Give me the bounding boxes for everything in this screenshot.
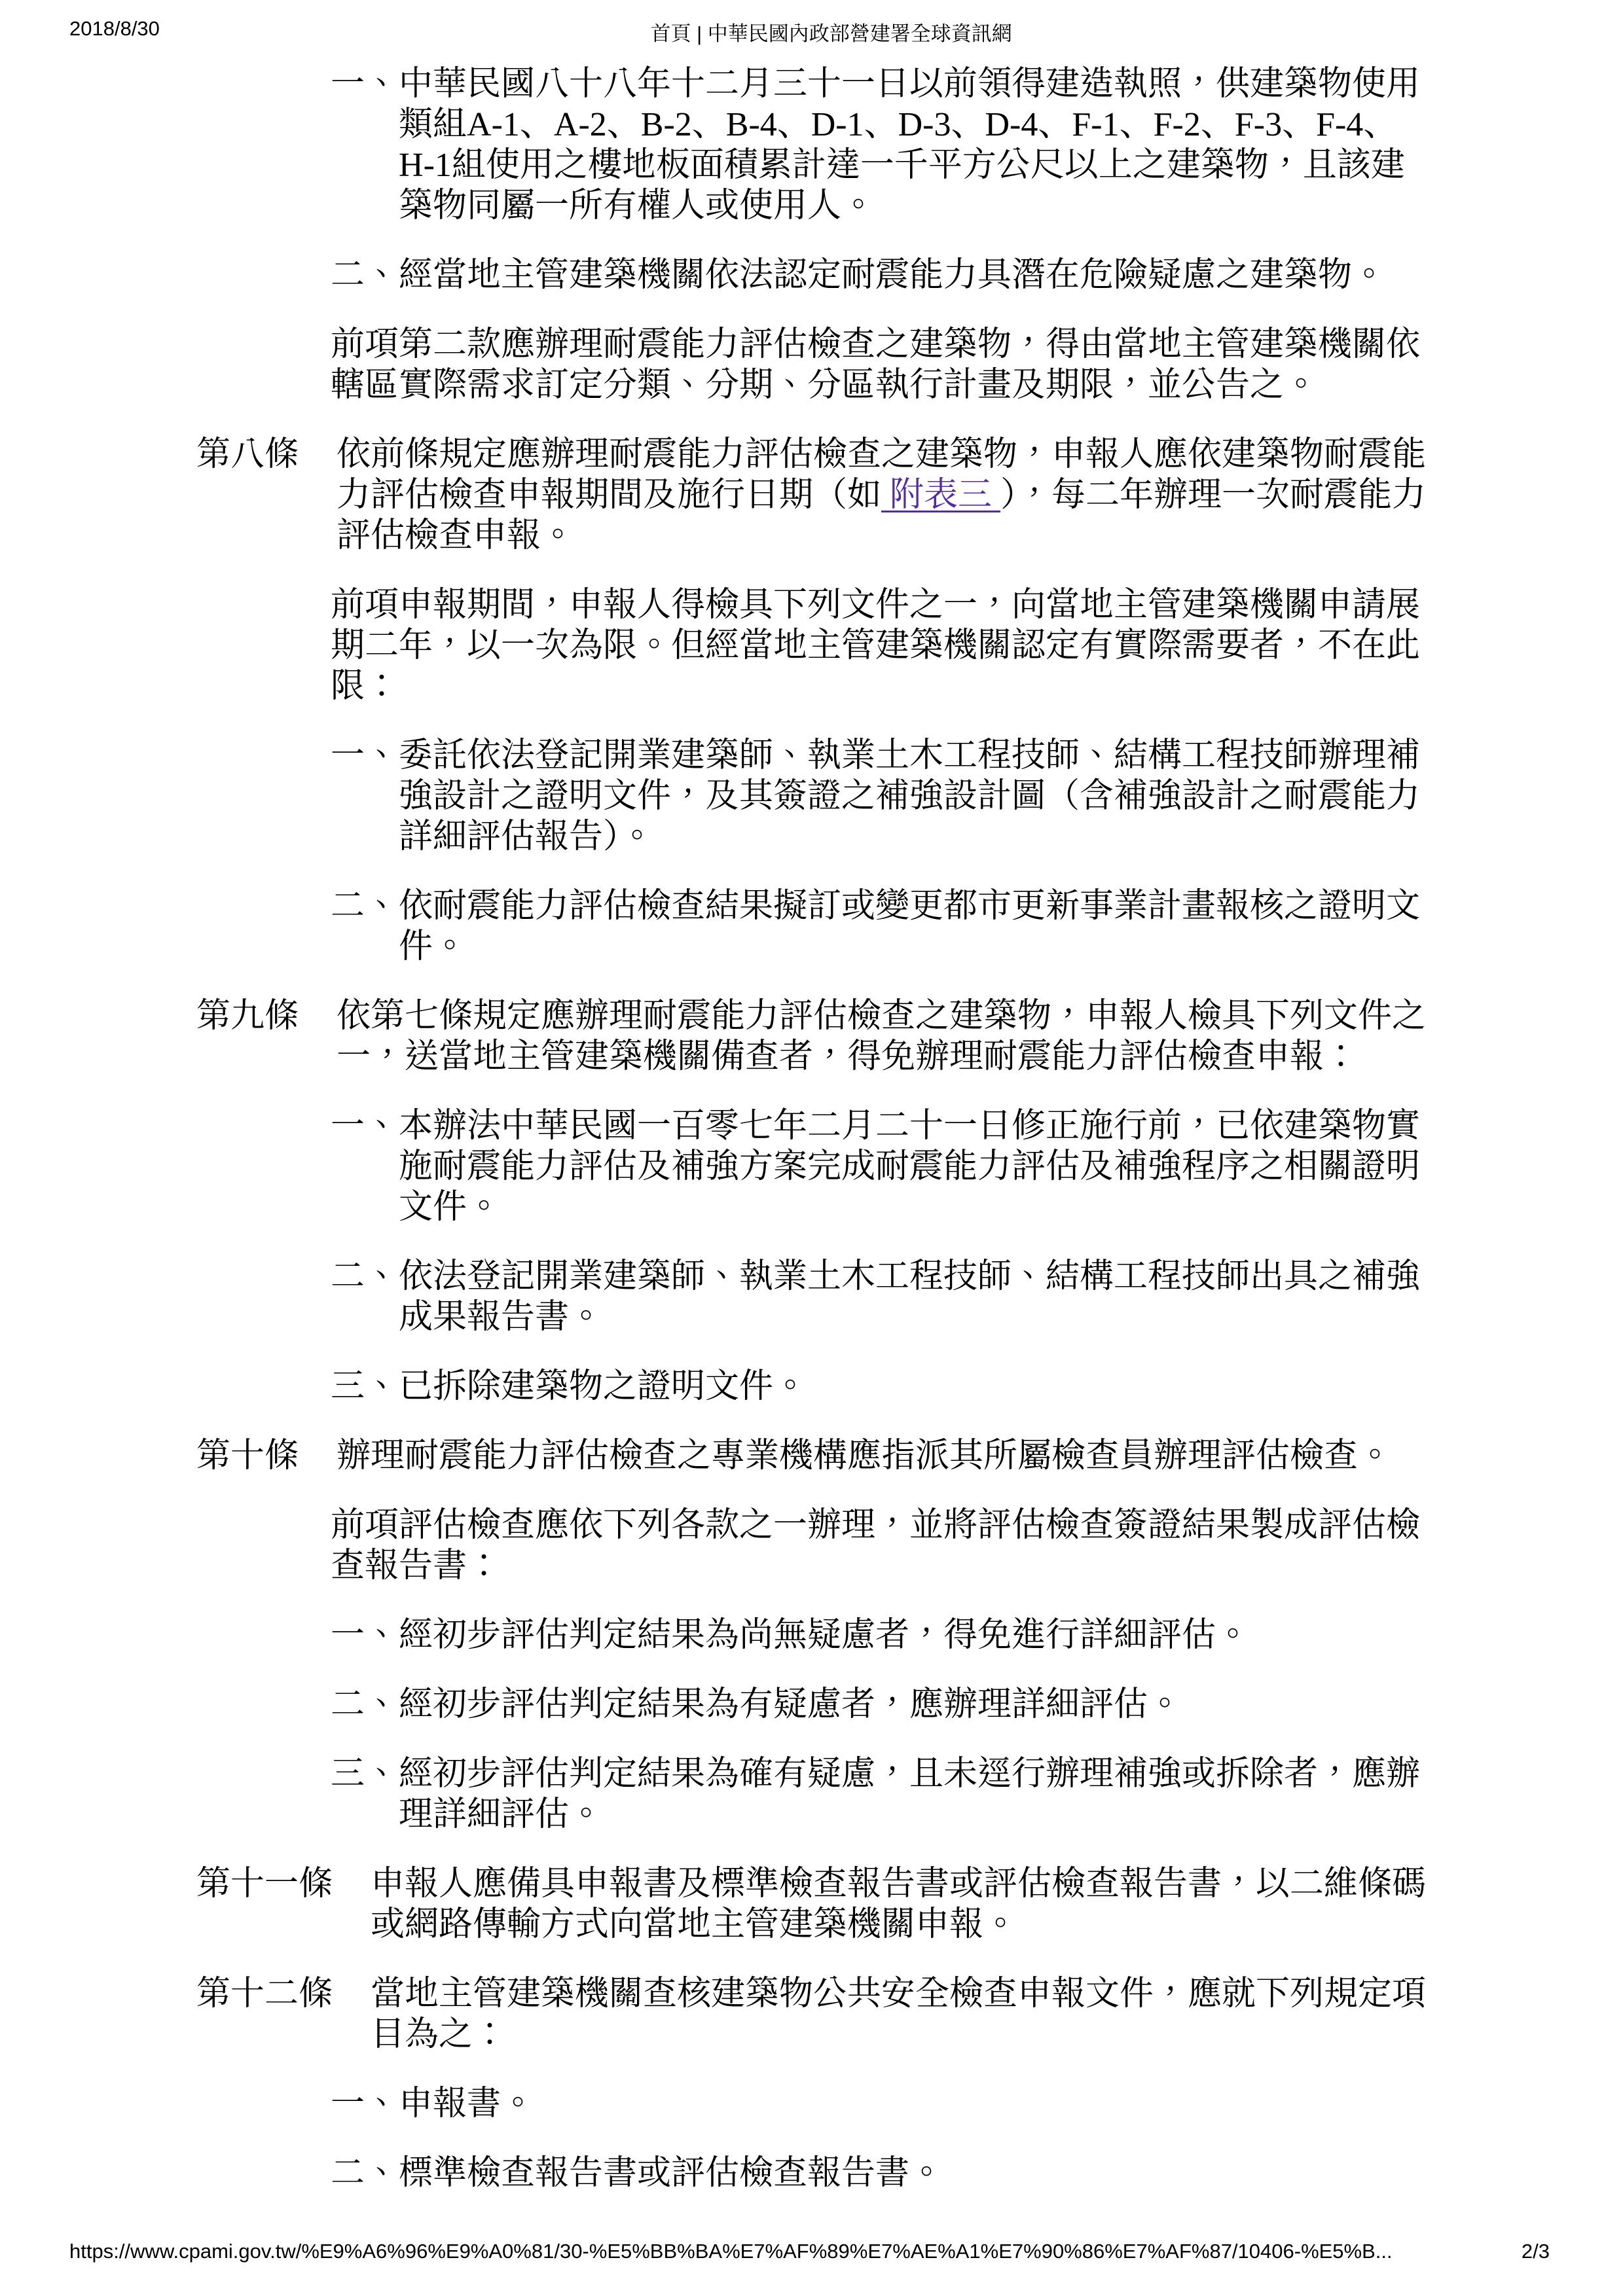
list-item-text: 經當地主管建築機關依法認定耐震能力具潛在危險疑慮之建築物。	[399, 255, 1431, 296]
list-item: 二、 經當地主管建築機關依法認定耐震能力具潛在危險疑慮之建築物。	[331, 255, 1431, 296]
list-item-marker: 二、	[331, 886, 399, 967]
list-item-marker: 二、	[331, 1685, 399, 1725]
article-row-11: 第十一條 申報人應備具申報書及標準檢查報告書或評估檢查報告書，以二維條碼或網路傳…	[196, 1864, 1431, 1945]
list-item-text: 依法登記開業建築師、執業土木工程技師、結構工程技師出具之補強成果報告書。	[399, 1257, 1431, 1338]
article-text: 依第七條規定應辦理耐震能力評估檢查之建築物，申報人檢具下列文件之一，送當地主管建…	[337, 996, 1431, 1077]
printed-document-page: 2018/8/30 首頁 | 中華民國內政部營建署全球資訊網 一、 中華民國八十…	[0, 0, 1623, 2296]
article-text: 依前條規定應辦理耐震能力評估檢查之建築物，申報人應依建築物耐震能力評估檢查申報期…	[337, 435, 1431, 556]
list-item-text: 經初步評估判定結果為尚無疑慮者，得免進行詳細評估。	[399, 1615, 1431, 1656]
list-item-marker: 一、	[331, 736, 399, 857]
paragraph: 前項第二款應辦理耐震能力評估檢查之建築物，得由當地主管建築機關依轄區實際需求訂定…	[331, 325, 1431, 406]
list-item: 一、 本辦法中華民國一百零七年二月二十一日修正施行前，已依建築物實施耐震能力評估…	[331, 1106, 1431, 1228]
article-text: 申報人應備具申報書及標準檢查報告書或評估檢查報告書，以二維條碼或網路傳輸方式向當…	[371, 1864, 1431, 1945]
list-item: 二、 經初步評估判定結果為有疑慮者，應辦理詳細評估。	[331, 1685, 1431, 1725]
list-item: 一、 經初步評估判定結果為尚無疑慮者，得免進行詳細評估。	[331, 1615, 1431, 1656]
list-item-text: 經初步評估判定結果為有疑慮者，應辦理詳細評估。	[399, 1685, 1431, 1725]
article-row-8: 第八條 依前條規定應辦理耐震能力評估檢查之建築物，申報人應依建築物耐震能力評估檢…	[196, 435, 1431, 556]
print-footer: https://www.cpami.gov.tw/%E9%A6%96%E9%A0…	[69, 2240, 1550, 2263]
list-item-marker: 一、	[331, 1106, 399, 1228]
paragraph-text: 前項評估檢查應依下列各款之一辦理，並將評估檢查簽證結果製成評估檢查報告書：	[331, 1507, 1420, 1585]
list-item-marker: 三、	[331, 1754, 399, 1835]
paragraph: 前項評估檢查應依下列各款之一辦理，並將評估檢查簽證結果製成評估檢查報告書：	[331, 1505, 1431, 1587]
list-item-text: 已拆除建築物之證明文件。	[399, 1367, 1431, 1407]
list-item-text: 標準檢查報告書或評估檢查報告書。	[399, 2153, 1431, 2194]
list-item: 二、 依法登記開業建築師、執業土木工程技師、結構工程技師出具之補強成果報告書。	[331, 1257, 1431, 1338]
article-number: 第十一條	[196, 1864, 333, 1945]
print-page-number: 2/3	[1522, 2240, 1550, 2263]
paragraph-text: 前項第二款應辦理耐震能力評估檢查之建築物，得由當地主管建築機關依轄區實際需求訂定…	[331, 326, 1420, 404]
paragraph-text: 前項申報期間，申報人得檢具下列文件之一，向當地主管建築機關申請展期二年，以一次為…	[331, 586, 1420, 705]
article-number: 第十條	[196, 1436, 299, 1477]
list-item: 一、 中華民國八十八年十二月三十一日以前領得建造執照，供建築物使用類組A-1、A…	[331, 64, 1431, 226]
list-item-marker: 一、	[331, 1615, 399, 1656]
print-header: 2018/8/30 首頁 | 中華民國內政部營建署全球資訊網	[69, 17, 1550, 46]
list-item-text: 申報書。	[399, 2084, 1431, 2125]
article-row-9: 第九條 依第七條規定應辦理耐震能力評估檢查之建築物，申報人檢具下列文件之一，送當…	[196, 996, 1431, 1077]
article-text: 當地主管建築機關查核建築物公共安全檢查申報文件，應就下列規定項目為之：	[371, 1974, 1431, 2055]
list-item-marker: 一、	[331, 2084, 399, 2125]
list-item-text: 中華民國八十八年十二月三十一日以前領得建造執照，供建築物使用類組A-1、A-2、…	[399, 64, 1431, 226]
article-text: 辦理耐震能力評估檢查之專業機構應指派其所屬檢查員辦理評估檢查。	[337, 1436, 1431, 1477]
list-item-text: 本辦法中華民國一百零七年二月二十一日修正施行前，已依建築物實施耐震能力評估及補強…	[399, 1106, 1431, 1228]
attachment-table-3-link[interactable]: 附表三	[881, 476, 1000, 514]
list-item-text: 經初步評估判定結果為確有疑慮，且未逕行辦理補強或拆除者，應辦理詳細評估。	[399, 1754, 1431, 1835]
list-item-marker: 二、	[331, 1257, 399, 1338]
list-item: 二、 標準檢查報告書或評估檢查報告書。	[331, 2153, 1431, 2194]
print-page-title: 首頁 | 中華民國內政部營建署全球資訊網	[650, 17, 1012, 46]
list-item-marker: 三、	[331, 1367, 399, 1407]
print-source-url: https://www.cpami.gov.tw/%E9%A6%96%E9%A0…	[69, 2240, 1393, 2263]
list-item-text: 依耐震能力評估檢查結果擬訂或變更都市更新事業計畫報核之證明文件。	[399, 886, 1431, 967]
print-date: 2018/8/30	[69, 17, 160, 41]
list-item: 一、 申報書。	[331, 2084, 1431, 2125]
list-item: 一、 委託依法登記開業建築師、執業土木工程技師、結構工程技師辦理補強設計之證明文…	[331, 736, 1431, 857]
article-number: 第十二條	[196, 1974, 333, 2055]
list-item-marker: 一、	[331, 64, 399, 226]
article-number: 第九條	[196, 996, 299, 1077]
list-item: 二、 依耐震能力評估檢查結果擬訂或變更都市更新事業計畫報核之證明文件。	[331, 886, 1431, 967]
article-number: 第八條	[196, 435, 299, 556]
paragraph: 前項申報期間，申報人得檢具下列文件之一，向當地主管建築機關申請展期二年，以一次為…	[331, 585, 1431, 707]
article-row-10: 第十條 辦理耐震能力評估檢查之專業機構應指派其所屬檢查員辦理評估檢查。	[196, 1436, 1431, 1477]
list-item-text: 委託依法登記開業建築師、執業土木工程技師、結構工程技師辦理補強設計之證明文件，及…	[399, 736, 1431, 857]
list-item-marker: 二、	[331, 2153, 399, 2194]
article-row-12: 第十二條 當地主管建築機關查核建築物公共安全檢查申報文件，應就下列規定項目為之：	[196, 1974, 1431, 2055]
legal-document-body: 一、 中華民國八十八年十二月三十一日以前領得建造執照，供建築物使用類組A-1、A…	[196, 64, 1431, 2223]
list-item-marker: 二、	[331, 255, 399, 296]
list-item: 三、 已拆除建築物之證明文件。	[331, 1367, 1431, 1407]
list-item: 三、 經初步評估判定結果為確有疑慮，且未逕行辦理補強或拆除者，應辦理詳細評估。	[331, 1754, 1431, 1835]
